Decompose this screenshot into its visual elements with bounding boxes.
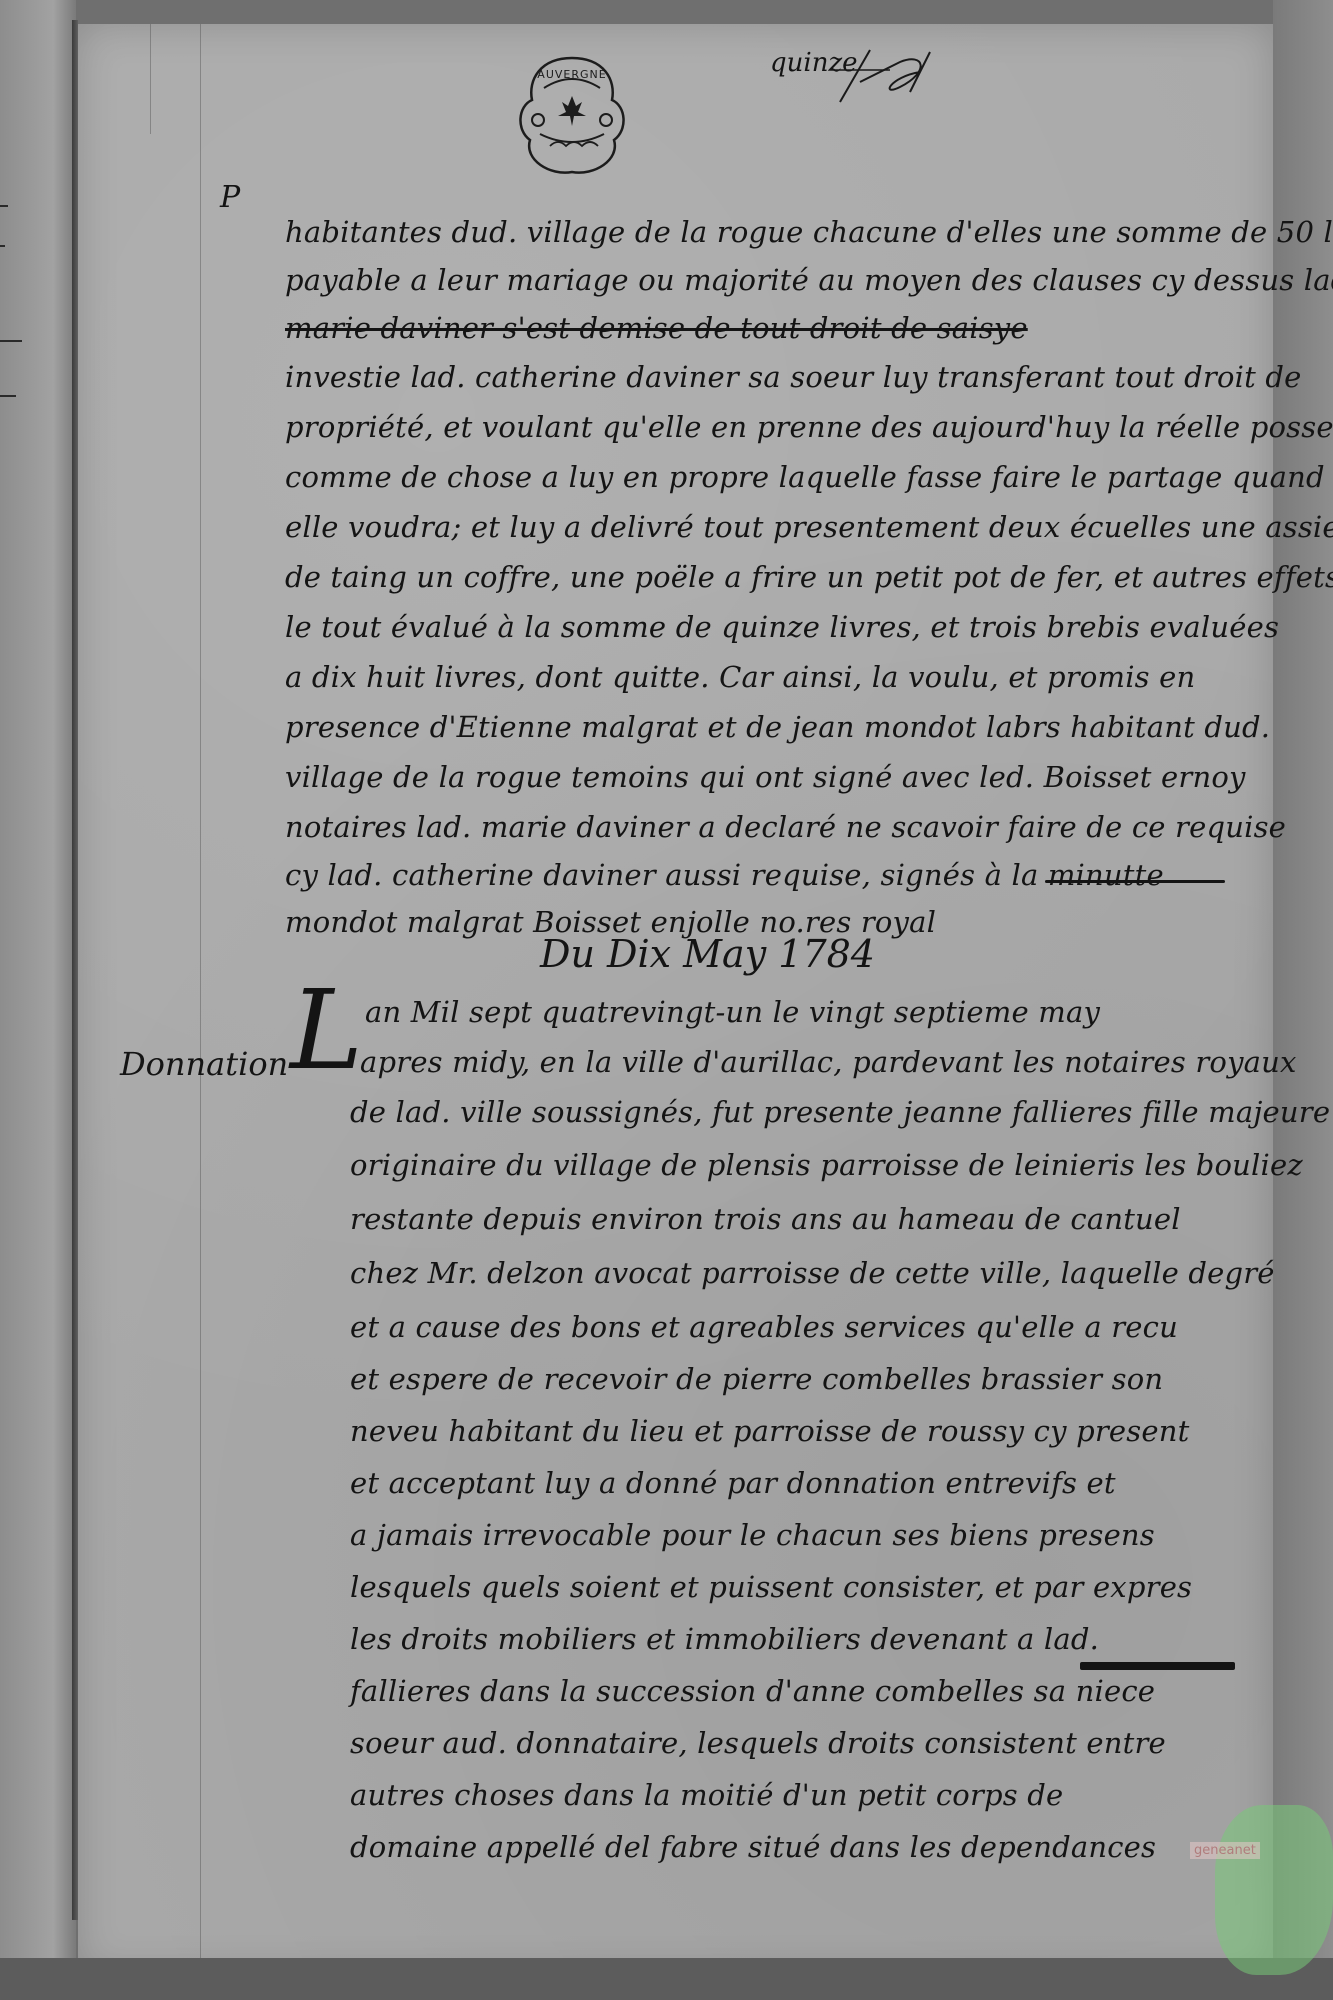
text-line: a jamais irrevocable pour le chacun ses … [350, 1518, 1155, 1552]
text-line: et a cause des bons et agreables service… [350, 1310, 1178, 1344]
page-mark: P [220, 180, 240, 215]
act-date-heading: Du Dix May 1784 [540, 932, 875, 976]
text-line: comme de chose a luy en propre laquelle … [285, 460, 1325, 494]
text-line: notaires lad. marie daviner a declaré ne… [285, 810, 1286, 844]
text-line: originaire du village de plensis parrois… [350, 1148, 1303, 1182]
text-line: lesquels quels soient et puissent consis… [350, 1570, 1192, 1604]
text-line: a dix huit livres, dont quitte. Car ains… [285, 660, 1195, 694]
watermark-label: geneanet [1190, 1842, 1260, 1859]
ink-blot-strike [1080, 1662, 1235, 1670]
text-line: le tout évalué à la somme de quinze livr… [285, 610, 1279, 644]
text-line: investie lad. catherine daviner sa soeur… [285, 360, 1302, 394]
text-line-struck: marie daviner s'est demise de tout droit… [285, 311, 1028, 345]
line-filler-stroke [1045, 880, 1225, 883]
adjacent-page-edge [0, 0, 76, 2000]
text-line: restante depuis environ trois ans au ham… [350, 1202, 1181, 1236]
adjacent-ink-mark [0, 205, 8, 207]
text-line: de taing un coffre, une poële a frire un… [285, 560, 1333, 594]
text-line: soeur aud. donnataire, lesquels droits c… [350, 1726, 1166, 1760]
watermark-tree-icon [1215, 1805, 1333, 1975]
text-line: neveu habitant du lieu et parroisse de r… [350, 1414, 1189, 1448]
text-line: de lad. ville soussignés, fut presente j… [350, 1095, 1330, 1129]
text-line: cy lad. catherine daviner aussi requise,… [285, 858, 1164, 892]
page-fold-line [150, 24, 151, 134]
text-line: fallieres dans la succession d'anne comb… [350, 1674, 1155, 1708]
page-fold-line [200, 24, 201, 1974]
text-line: propriété, et voulant qu'elle en prenne … [285, 410, 1333, 444]
text-line: domaine appellé del fabre situé dans les… [350, 1830, 1156, 1864]
adjacent-ink-mark [0, 395, 16, 397]
text-line: village de la rogue temoins qui ont sign… [285, 760, 1246, 794]
text-line: elle voudra; et luy a delivré tout prese… [285, 510, 1333, 544]
text-line: les droits mobiliers et immobiliers deve… [350, 1622, 1099, 1656]
text-line: an Mil sept quatrevingt-un le vingt sept… [365, 995, 1100, 1029]
stamp-label: AUVERGNE [510, 68, 634, 81]
adjacent-ink-mark [0, 245, 5, 247]
text-line: et acceptant luy a donné par donnation e… [350, 1466, 1116, 1500]
text-line: et espere de recevoir de pierre combelle… [350, 1362, 1163, 1396]
page-edge-right [1273, 0, 1333, 2000]
text-line: presence d'Etienne malgrat et de jean mo… [285, 710, 1270, 744]
text-line: payable a leur mariage ou majorité au mo… [285, 263, 1333, 297]
page-bottom-shadow [0, 1958, 1333, 2000]
tax-stamp: AUVERGNE [510, 50, 634, 180]
text-line: autres choses dans la moitié d'un petit … [350, 1778, 1063, 1812]
text-line: apres midy, en la ville d'aurillac, pard… [360, 1045, 1297, 1079]
text-line: chez Mr. delzon avocat parroisse de cett… [350, 1256, 1275, 1290]
drop-cap: L [290, 975, 363, 1085]
margin-note: Donnation [120, 1045, 288, 1083]
text-line: habitantes dud. village de la rogue chac… [285, 215, 1333, 249]
paraph-signature-icon [830, 42, 940, 112]
adjacent-ink-mark [0, 340, 22, 342]
